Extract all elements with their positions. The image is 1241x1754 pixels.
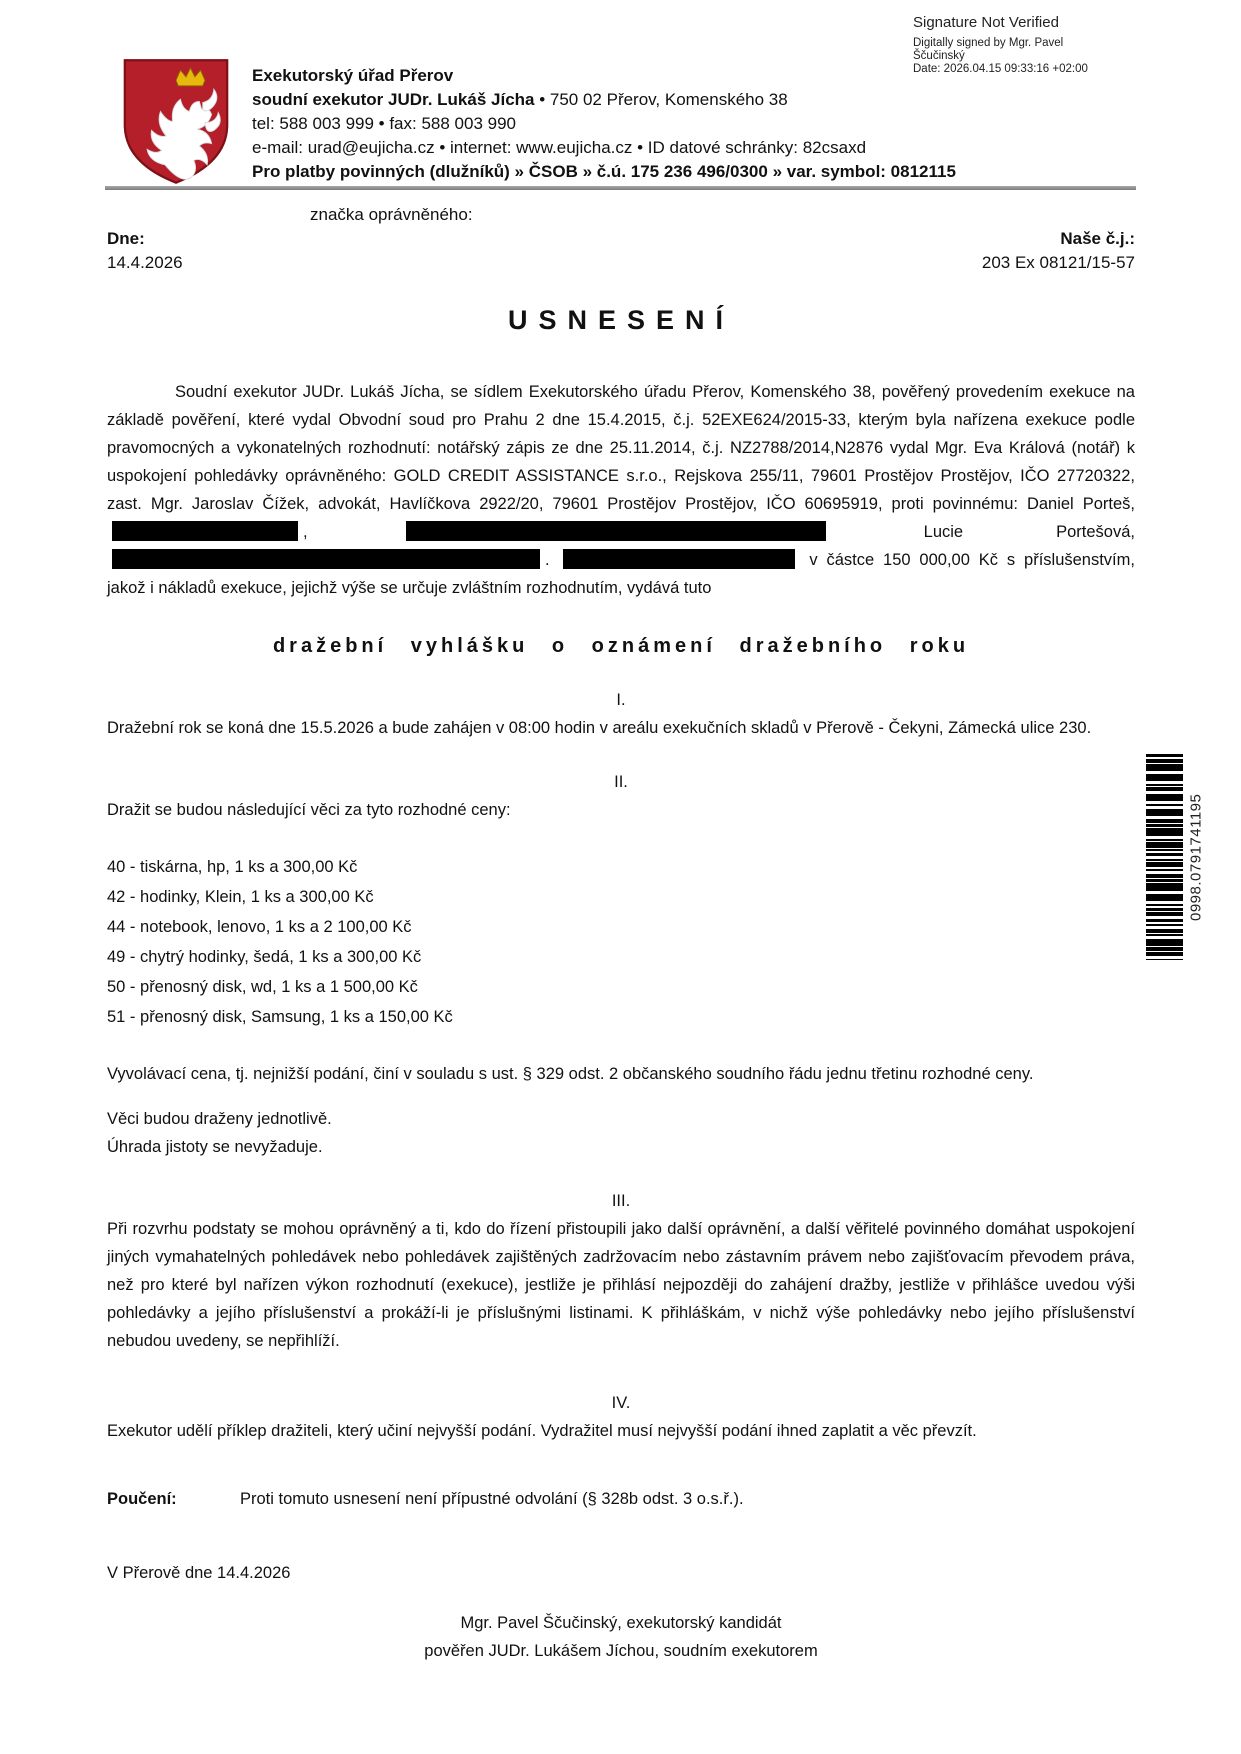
section-3-numeral: III. <box>107 1187 1135 1215</box>
section-1-numeral: I. <box>107 686 1135 714</box>
executor-line: soudní exekutor JUDr. Lukáš Jícha • 750 … <box>252 88 956 112</box>
barcode-number: 0998.0791741195 <box>1184 754 1208 960</box>
section-4-numeral: IV. <box>107 1389 1135 1417</box>
contacts-line: e-mail: urad@eujicha.cz • internet: www.… <box>252 136 956 160</box>
document-body: USNESENÍ Soudní exekutor JUDr. Lukáš Jíc… <box>107 288 1135 1665</box>
executor-name: soudní exekutor JUDr. Lukáš Jícha <box>252 90 534 109</box>
auction-item: 40 - tiskárna, hp, 1 ks a 300,00 Kč <box>107 852 1135 882</box>
payment-info-line: Pro platby povinných (dlužníků) » ČSOB »… <box>252 160 956 184</box>
section-2-lead: Dražit se budou následující věci za tyto… <box>107 796 1135 824</box>
advisory-row: Poučení: Proti tomuto usnesení není příp… <box>107 1485 1135 1513</box>
phone-fax-line: tel: 588 003 999 • fax: 588 003 990 <box>252 112 956 136</box>
intro-segment: . <box>545 551 550 569</box>
advisory-text: Proti tomuto usnesení není přípustné odv… <box>240 1485 744 1513</box>
auction-item: 44 - notebook, lenovo, 1 ks a 2 100,00 K… <box>107 912 1135 942</box>
place-and-date: V Přerově dne 14.4.2026 <box>107 1559 1135 1587</box>
date-label: Dne: <box>107 227 145 251</box>
auction-item: 42 - hodinky, Klein, 1 ks a 300,00 Kč <box>107 882 1135 912</box>
office-name: Exekutorský úřad Přerov <box>252 64 956 88</box>
redacted-text <box>563 549 795 569</box>
letterhead: Exekutorský úřad Přerov soudní exekutor … <box>120 58 956 186</box>
header-divider <box>105 186 1136 190</box>
deposit-note: Úhrada jistoty se nevyžaduje. <box>107 1133 1135 1161</box>
advisory-label: Poučení: <box>107 1485 240 1513</box>
auction-item: 51 - přenosný disk, Samsung, 1 ks a 150,… <box>107 1002 1135 1032</box>
single-sale-note: Věci budou draženy jednotlivě. <box>107 1105 1135 1133</box>
auction-item: 49 - chytrý hodinky, šedá, 1 ks a 300,00… <box>107 942 1135 972</box>
section-1-text: Dražební rok se koná dne 15.5.2026 a bud… <box>107 714 1135 742</box>
redacted-text <box>112 521 298 541</box>
starting-price-note: Vyvolávací cena, tj. nejnižší podání, či… <box>107 1060 1135 1088</box>
document-title: USNESENÍ <box>107 306 1135 334</box>
document-page: Signature Not Verified Digitally signed … <box>0 0 1241 1754</box>
date-value: 14.4.2026 <box>107 251 183 275</box>
intro-segment: Soudní exekutor JUDr. Lukáš Jícha, se sí… <box>107 383 1135 513</box>
auction-item-list: 40 - tiskárna, hp, 1 ks a 300,00 Kč 42 -… <box>107 852 1135 1032</box>
intro-paragraph: Soudní exekutor JUDr. Lukáš Jícha, se sí… <box>107 378 1135 602</box>
czech-coat-of-arms-icon <box>120 58 232 186</box>
barcode <box>1146 754 1183 960</box>
section-2-numeral: II. <box>107 768 1135 796</box>
decree-subtitle: dražební vyhlášku o oznámení dražebního … <box>107 632 1135 660</box>
file-number-value: 203 Ex 08121/15-57 <box>982 251 1135 275</box>
file-number-label: Naše č.j.: <box>1060 227 1135 251</box>
letterhead-text: Exekutorský úřad Přerov soudní exekutor … <box>252 58 956 186</box>
intro-segment: , <box>303 523 308 541</box>
redacted-text <box>406 521 826 541</box>
signature-stamp: Signature Not Verified Digitally signed … <box>913 14 1223 76</box>
creditor-mark-label: značka oprávněného: <box>310 203 1135 227</box>
section-4-text: Exekutor udělí příklep dražiteli, který … <box>107 1417 1135 1445</box>
intro-segment: Lucie Portešová, <box>924 523 1135 541</box>
signature-status: Signature Not Verified <box>913 14 1223 31</box>
signer-block: Mgr. Pavel Ščučinský, exekutorský kandid… <box>107 1609 1135 1665</box>
executor-address: • 750 02 Přerov, Komenského 38 <box>534 90 787 109</box>
auction-item: 50 - přenosný disk, wd, 1 ks a 1 500,00 … <box>107 972 1135 1002</box>
signer-authorization: pověřen JUDr. Lukášem Jíchou, soudním ex… <box>107 1637 1135 1665</box>
reference-block: značka oprávněného: Dne: Naše č.j.: 14.4… <box>107 203 1135 275</box>
signer-name: Mgr. Pavel Ščučinský, exekutorský kandid… <box>107 1609 1135 1637</box>
redacted-text <box>112 549 540 569</box>
section-3-text: Při rozvrhu podstaty se mohou oprávněný … <box>107 1215 1135 1355</box>
